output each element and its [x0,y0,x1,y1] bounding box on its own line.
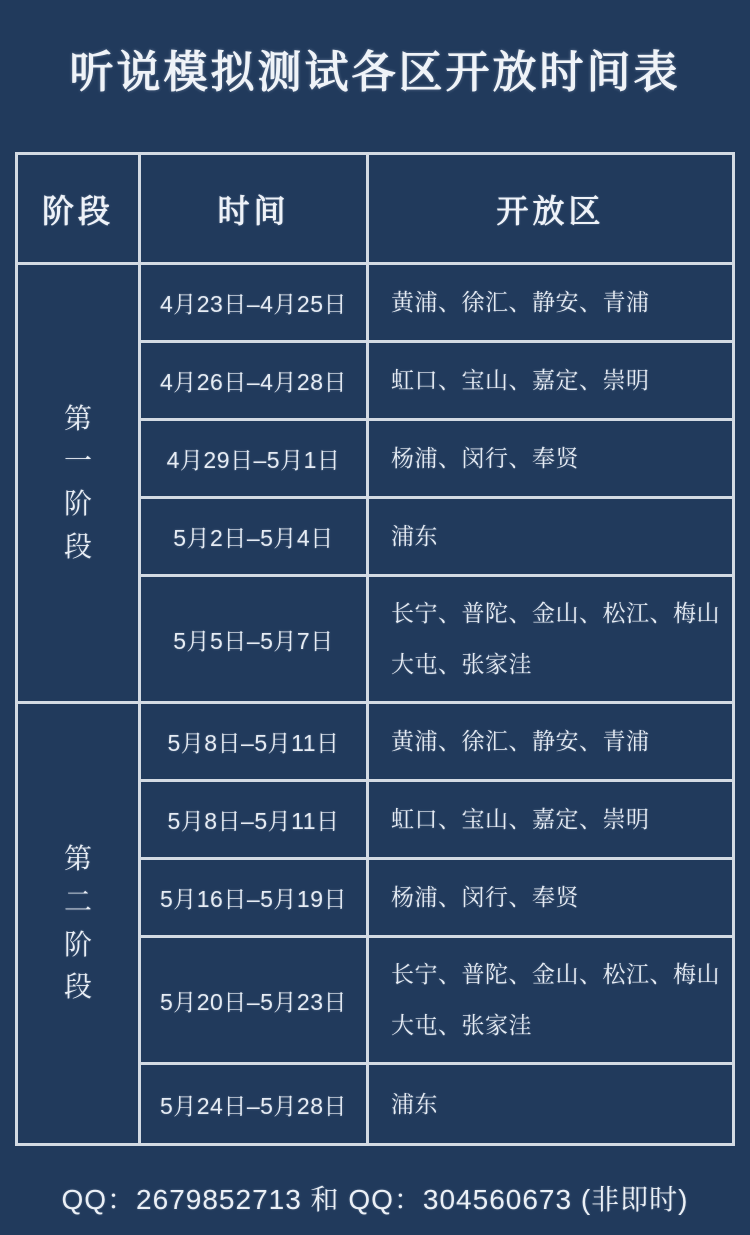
table-row-8-districts: 杨浦、闵行、奉贤 [369,860,732,938]
page-title: 听说模拟测试各区开放时间表 [0,0,750,100]
stage-2-cell: 第二阶段 [18,704,141,1143]
schedule-poster: 听说模拟测试各区开放时间表 阶段 时间 开放区 第一阶段 第二阶段 4月23日–… [0,0,750,1235]
table-row-3-districts: 杨浦、闵行、奉贤 [369,421,732,499]
table-row-7-districts: 虹口、宝山、嘉定、崇明 [369,782,732,860]
table-row-7-time: 5月8日–5月11日 [141,782,369,860]
table-row-1-time: 4月23日–4月25日 [141,265,369,343]
header-stage: 阶段 [18,155,141,265]
table-row-10-districts: 浦东 [369,1065,732,1143]
qq-contact-line: QQ：2679852713 和 QQ：304560673 (非即时) [0,1178,750,1218]
table-row-2-districts: 虹口、宝山、嘉定、崇明 [369,343,732,421]
header-time: 时间 [141,155,369,265]
table-row-5-districts: 长宁、普陀、金山、松江、梅山 大屯、张家洼 [369,577,732,704]
table-row-9-time: 5月20日–5月23日 [141,938,369,1065]
table-row-5-time: 5月5日–5月7日 [141,577,369,704]
table-row-6-districts: 黄浦、徐汇、静安、青浦 [369,704,732,782]
stage-1-cell: 第一阶段 [18,265,141,704]
table-row-8-time: 5月16日–5月19日 [141,860,369,938]
table-row-1-districts: 黄浦、徐汇、静安、青浦 [369,265,732,343]
stage-2-label: 第二阶段 [61,838,96,1008]
table-row-10-time: 5月24日–5月28日 [141,1065,369,1143]
table-row-4-time: 5月2日–5月4日 [141,499,369,577]
header-district: 开放区 [369,155,732,265]
table-row-4-districts: 浦东 [369,499,732,577]
stage-1-label: 第一阶段 [61,398,96,568]
table-row-3-time: 4月29日–5月1日 [141,421,369,499]
table-row-9-districts: 长宁、普陀、金山、松江、梅山 大屯、张家洼 [369,938,732,1065]
table-row-2-time: 4月26日–4月28日 [141,343,369,421]
table-row-6-time: 5月8日–5月11日 [141,704,369,782]
schedule-table: 阶段 时间 开放区 第一阶段 第二阶段 4月23日–4月25日 黄浦、徐汇、静安… [15,152,735,1146]
